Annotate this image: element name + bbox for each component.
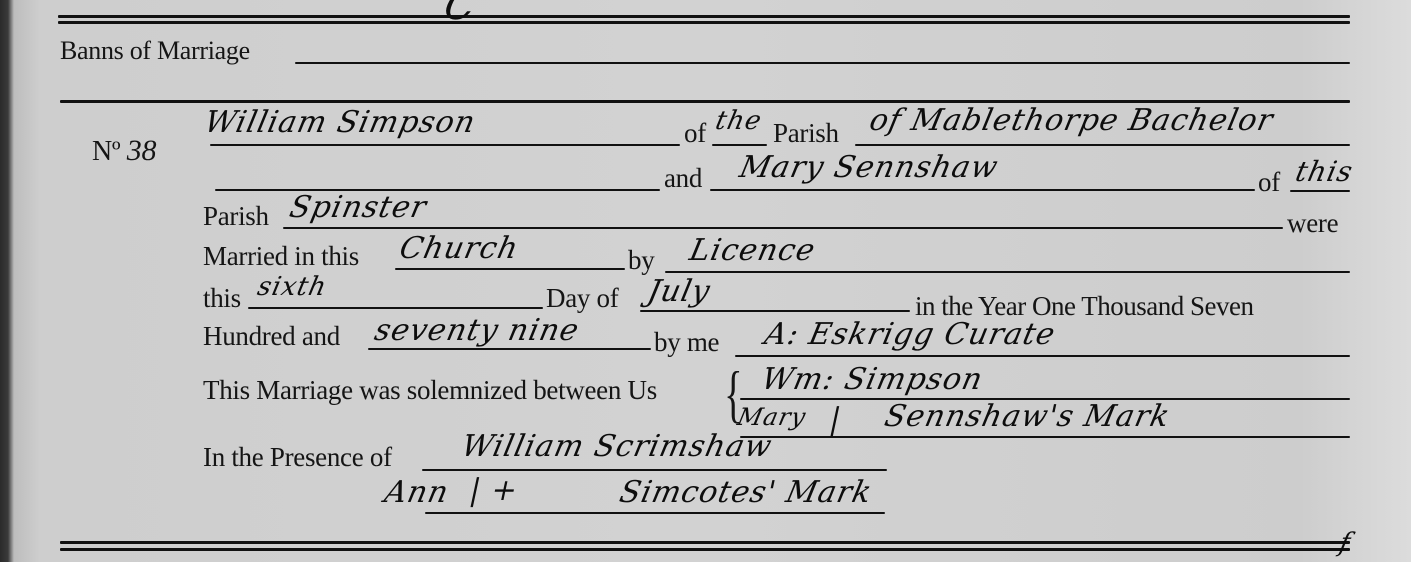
month-line [640, 310, 910, 312]
bride-of-line [1290, 190, 1350, 192]
bride-of-value: this [1293, 158, 1356, 186]
groom-of-line [712, 144, 767, 146]
officiant-value: A: Eskrigg Curate [762, 320, 1058, 350]
signature-bride-mark: | [827, 405, 844, 435]
by-value: Licence [687, 236, 818, 266]
bride-and-label: and [664, 165, 702, 192]
line-2-blank [215, 189, 660, 191]
day-line [248, 307, 543, 309]
place-line [395, 268, 625, 270]
groom-name: William Simpson [202, 108, 479, 138]
footer-scrawl: f [1337, 530, 1353, 556]
bottom-double-rule-lower [60, 548, 1350, 551]
were-label: were [1287, 210, 1338, 237]
groom-of-label: of [684, 120, 706, 147]
hundred-and-label: Hundred and [203, 323, 340, 350]
place-value: Church [397, 234, 521, 264]
month-value: July [645, 277, 713, 307]
signature-groom: Wm: Simpson [759, 365, 986, 395]
bride-name: Mary Sennshaw [737, 153, 1001, 183]
banns-line [295, 62, 1350, 64]
bride-status: Spinster [287, 193, 430, 223]
groom-name-line [210, 144, 680, 146]
groom-of-value: the [713, 108, 764, 134]
entry-number-value: 38 [127, 134, 156, 167]
solemnized-label: This Marriage was solemnized between Us [203, 377, 657, 404]
witness-1-line [422, 469, 887, 471]
entry-number-label: Nº [92, 136, 120, 167]
by-me-label: by me [654, 329, 719, 356]
banns-of-marriage-label: Banns of Marriage [60, 38, 250, 64]
married-in-this-label: Married in this [203, 243, 359, 270]
witness-2-rest: Simcotes' Mark [617, 478, 875, 508]
witness-2-mark: | + [467, 476, 521, 506]
witness-2-first: Ann [382, 478, 452, 508]
entry-number: Nº 38 [92, 136, 156, 166]
year-suffix-value: seventy nine [372, 316, 582, 346]
groom-parish-label: Parish [773, 120, 839, 147]
bride-name-line [710, 189, 1255, 191]
presence-label: In the Presence of [203, 444, 392, 471]
officiant-line [735, 355, 1350, 357]
signature-bride-rest: Sennshaw's Mark [882, 402, 1173, 432]
signature-bride-line [740, 436, 1350, 438]
bride-of-label: of [1258, 169, 1280, 196]
this-label: this [203, 285, 241, 312]
year-suffix-line [368, 348, 651, 350]
top-double-rule-upper [58, 15, 1350, 18]
witness-2-line [425, 512, 885, 514]
register-page: C Banns of Marriage Nº 38 William Simpso… [0, 0, 1411, 562]
groom-parish-value: of Mablethorpe Bachelor [867, 106, 1276, 136]
day-value: sixth [255, 274, 329, 300]
groom-parish-line [855, 144, 1350, 146]
day-of-label: Day of [546, 285, 618, 312]
signature-bride-first: Mary [735, 405, 808, 429]
top-double-rule-lower [58, 21, 1350, 24]
witness-1: William Scrimshaw [459, 432, 775, 462]
by-label: by [628, 247, 654, 274]
bottom-double-rule-upper [60, 541, 1350, 544]
year-prefix-label: in the Year One Thousand Seven [915, 293, 1253, 320]
bride-status-line [283, 227, 1283, 229]
by-line [665, 271, 1350, 273]
bride-parish-label: Parish [203, 203, 269, 230]
